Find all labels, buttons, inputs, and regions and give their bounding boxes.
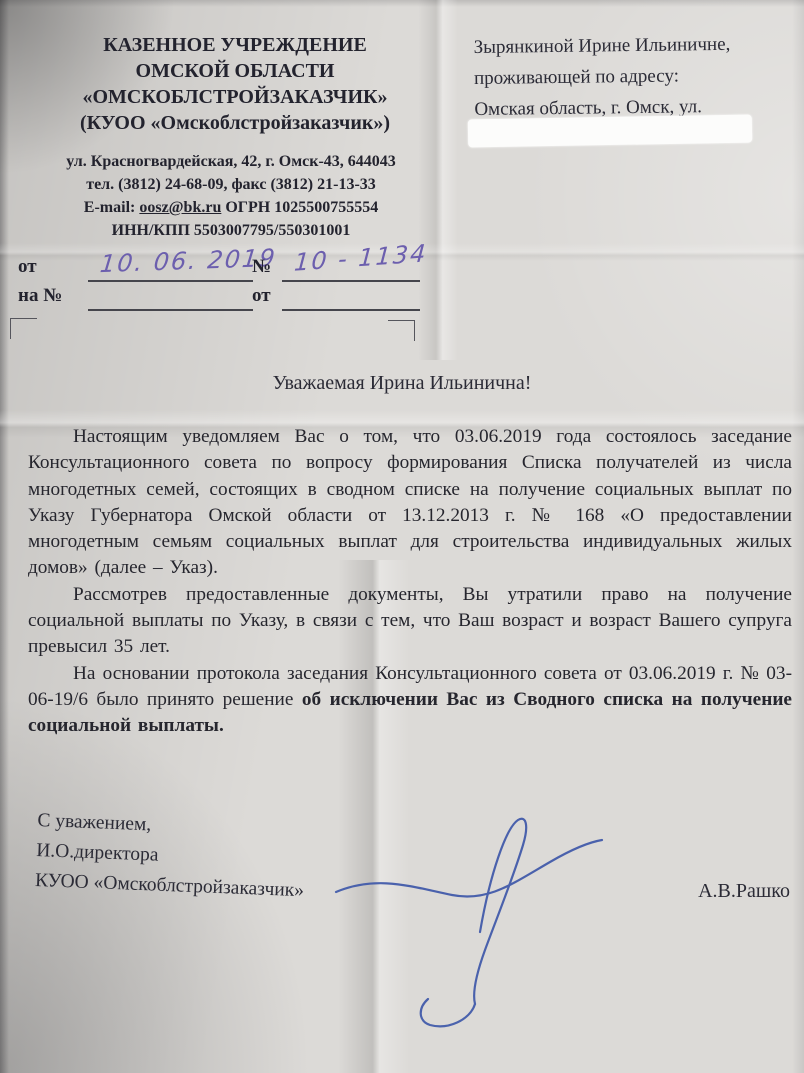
closing-block: С уважением, И.О.директора КУОО «Омскобл…: [35, 806, 307, 906]
outgoing-number-sign: №: [252, 256, 271, 278]
signer-name: А.В.Рашко: [650, 880, 790, 903]
outgoing-date-label: от: [18, 256, 37, 278]
letterhead-org-line-4: (КУОО «Омскоблстройзаказчик»): [28, 110, 442, 136]
handwritten-signature-stroke: [330, 812, 630, 1032]
letterhead-contact-block: ул. Красногвардейская, 42, г. Омск-43, 6…: [18, 150, 444, 242]
recipient-address-intro: проживающей по адресу:: [474, 59, 800, 94]
paragraph-loss-of-right: Рассмотрев предоставленные документы, Вы…: [28, 582, 792, 661]
letter-body: Настоящим уведомляем Вас о том, что 03.0…: [28, 424, 792, 740]
email-address: oosz@bk.ru: [139, 199, 221, 216]
redacted-address-bar: [468, 115, 752, 148]
letterhead-org-line-3: «ОМСКОБЛСТРОЙЗАКАЗЧИК»: [28, 84, 442, 110]
letterhead-block: КАЗЕННОЕ УЧРЕЖДЕНИЕ ОМСКОЙ ОБЛАСТИ «ОМСК…: [28, 32, 442, 136]
reply-from-label: от: [252, 285, 271, 307]
contact-address: ул. Красногвардейская, 42, г. Омск-43, 6…: [18, 150, 444, 173]
contact-email-ogrn-line: E-mail: oosz@bk.ru ОГРН 1025500755554: [18, 196, 444, 219]
address-zone-corner-mark-right: [388, 320, 415, 341]
paragraph-notification: Настоящим уведомляем Вас о том, что 03.0…: [28, 424, 792, 582]
ogrn-number: ОГРН 1025500755554: [225, 199, 378, 216]
address-zone-corner-mark-left: [10, 318, 37, 339]
scanned-letter-page: КАЗЕННОЕ УЧРЕЖДЕНИЕ ОМСКОЙ ОБЛАСТИ «ОМСК…: [0, 0, 804, 1073]
letterhead-org-line-1: КАЗЕННОЕ УЧРЕЖДЕНИЕ: [28, 32, 442, 58]
salutation: Уважаемая Ирина Ильинична!: [0, 372, 804, 395]
reply-to-number-label: на №: [18, 285, 62, 307]
letterhead-org-line-2: ОМСКОЙ ОБЛАСТИ: [28, 58, 442, 84]
reply-to-number-underline: [88, 285, 253, 311]
email-label: E-mail:: [84, 199, 136, 216]
paragraph-decision: На основании протокола заседания Консуль…: [28, 661, 792, 740]
contact-phone-fax: тел. (3812) 24-68-09, факс (3812) 21-13-…: [18, 173, 444, 196]
recipient-block: Зырянкиной Ирине Ильиничне, проживающей …: [473, 28, 800, 125]
recipient-name: Зырянкиной Ирине Ильиничне,: [473, 28, 799, 63]
reply-from-underline: [282, 285, 420, 311]
inn-kpp-number: ИНН/КПП 5503007795/550301001: [18, 219, 444, 242]
